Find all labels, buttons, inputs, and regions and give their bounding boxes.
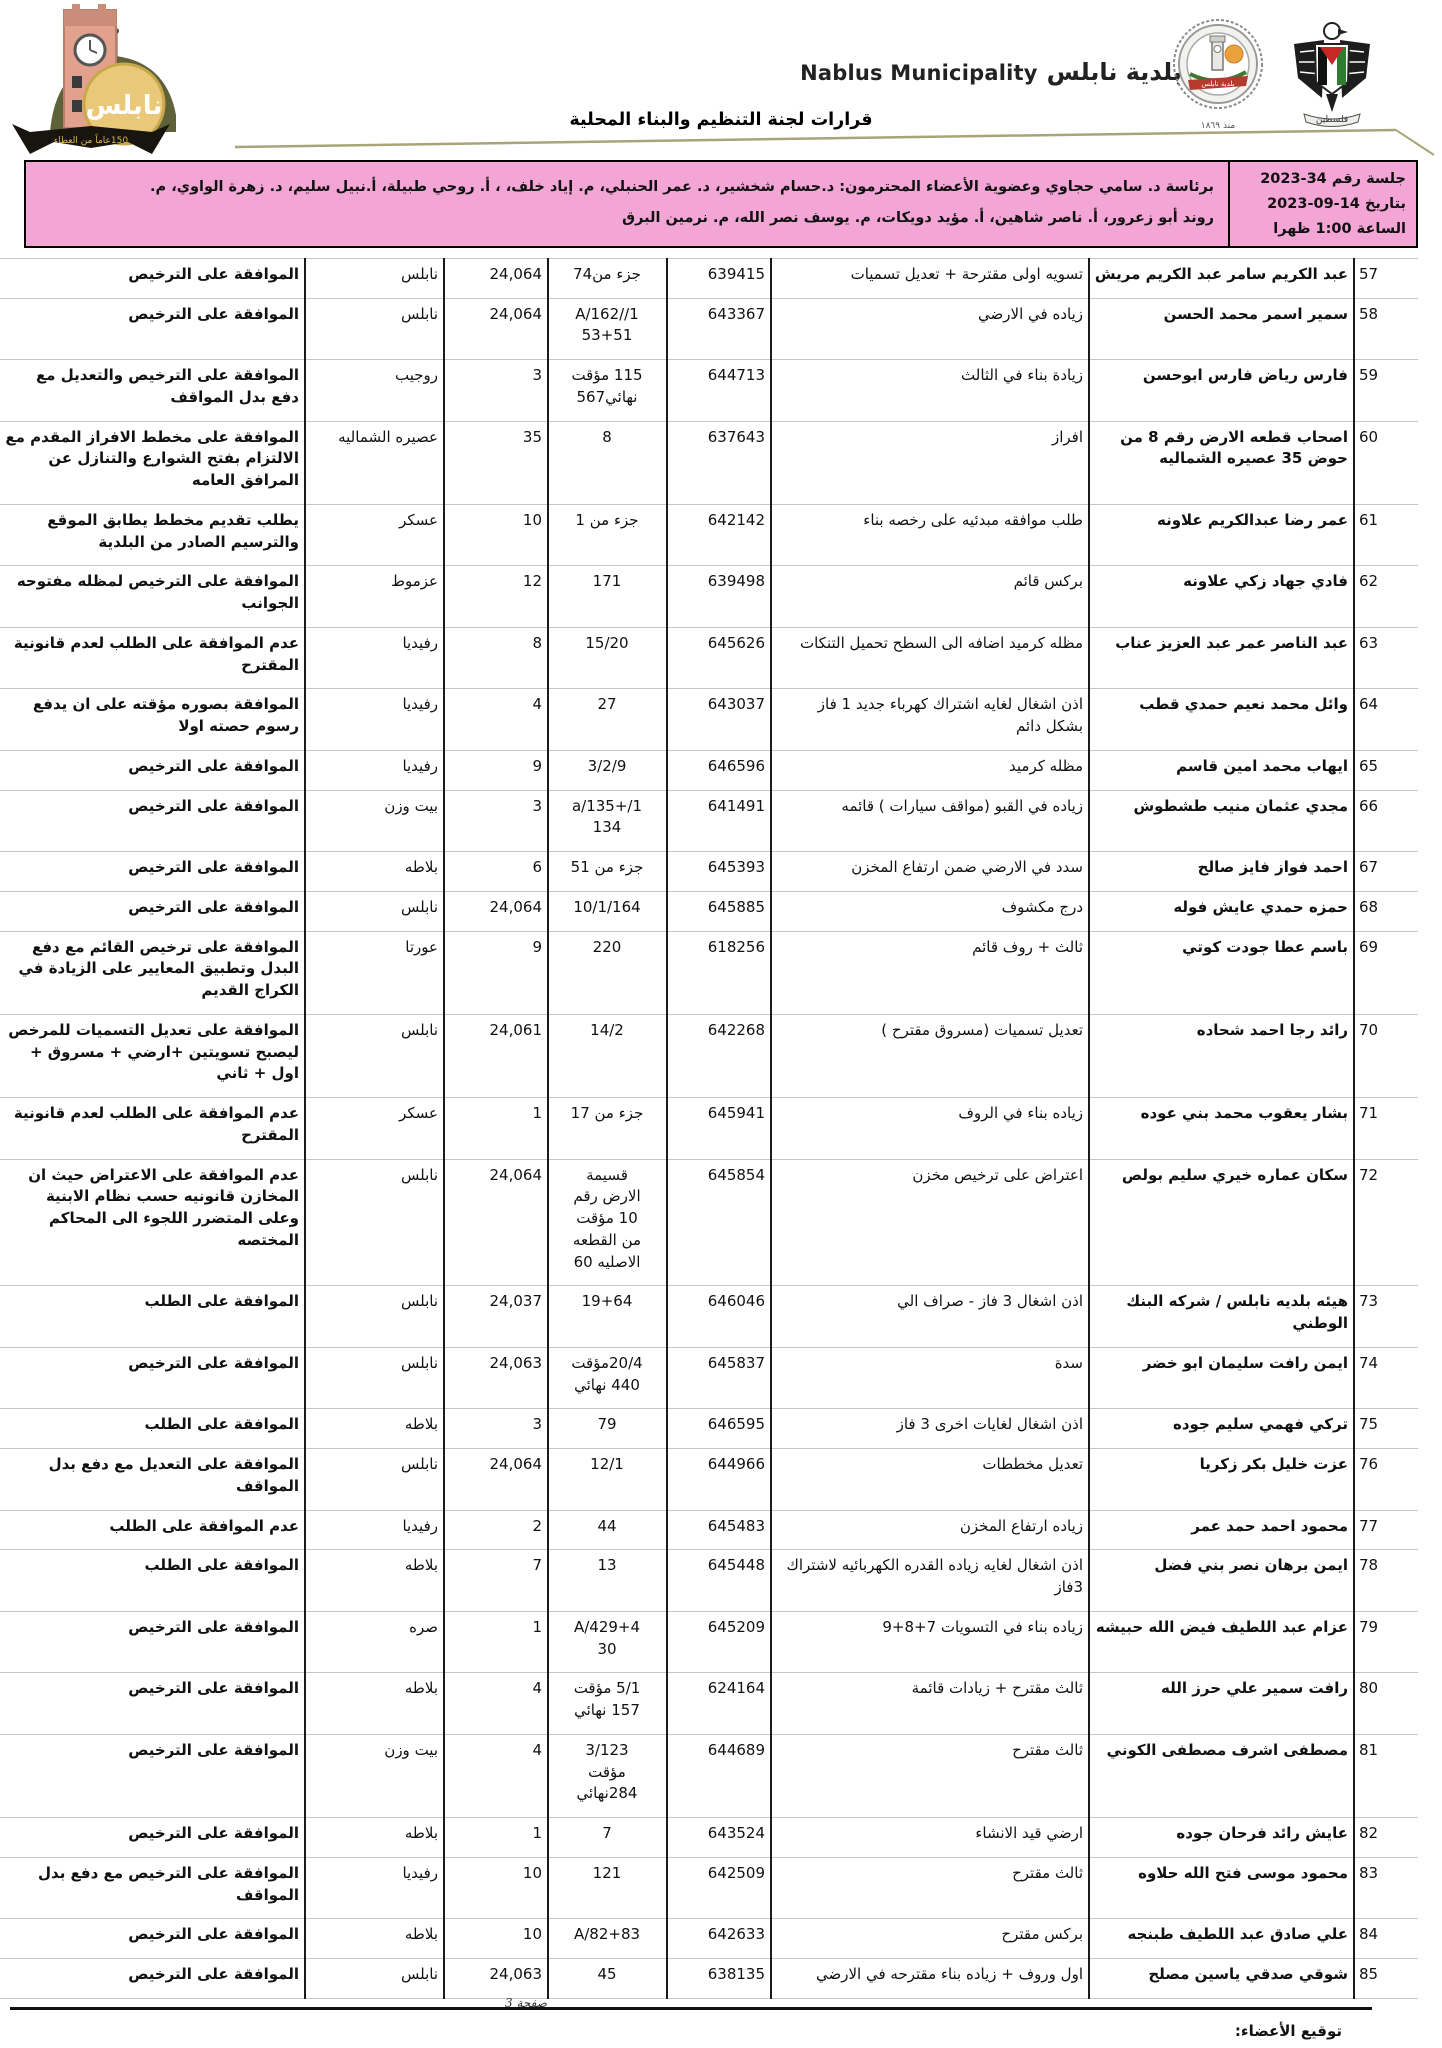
table-row: 62فادي جهاد زكي علاونهبركس قائم639498171…	[0, 566, 1418, 628]
file-number-cell: 645209	[667, 1611, 771, 1673]
location-cell: روجيب	[305, 360, 444, 422]
applicant-name-cell: رائد رجا احمد شحاده	[1089, 1014, 1354, 1097]
location-cell: رفيديا	[305, 750, 444, 790]
file-number-cell: 642633	[667, 1919, 771, 1959]
table-row: 75تركي فهمي سليم جودهاذن اشغال لغايات اخ…	[0, 1409, 1418, 1449]
file-number-cell: 643367	[667, 298, 771, 360]
file-number-cell: 639498	[667, 566, 771, 628]
block-number-cell: 24,063	[444, 1347, 548, 1409]
plot-number-cell: 7	[548, 1818, 667, 1858]
location-cell: رفيديا	[305, 1857, 444, 1919]
page-number: صفحة 3	[505, 1996, 547, 2010]
row-number-cell: 57	[1354, 258, 1418, 298]
decision-cell: عدم الموافقة على الطلب لعدم قانونية المق…	[0, 1098, 305, 1160]
request-description-cell: افراز	[771, 421, 1089, 504]
request-description-cell: ثالث مقترح	[771, 1857, 1089, 1919]
row-number-cell: 70	[1354, 1014, 1418, 1097]
table-row: 73هيئه بلديه نابلس / شركه البنك الوطنياذ…	[0, 1286, 1418, 1348]
block-number-cell: 3	[444, 1409, 548, 1449]
decision-cell: يطلب تقديم مخطط يطابق الموقع والترسيم ال…	[0, 504, 305, 566]
decision-cell: الموافقة على الترخيص	[0, 1959, 305, 1999]
request-description-cell: اذن اشغال 3 فاز - صراف الي	[771, 1286, 1089, 1348]
request-description-cell: زياده بناء في الروف	[771, 1098, 1089, 1160]
location-cell: بلاطه	[305, 1919, 444, 1959]
table-row: 79عزام عبد اللطيف فيض الله حبيشهزياده بن…	[0, 1611, 1418, 1673]
plot-number-cell: 14/2	[548, 1014, 667, 1097]
block-number-cell: 24,037	[444, 1286, 548, 1348]
request-description-cell: تسويه اولى مقترحة + تعديل تسميات	[771, 258, 1089, 298]
request-description-cell: درج مكشوف	[771, 891, 1089, 931]
plot-number-cell: جزء من 17	[548, 1098, 667, 1160]
applicant-name-cell: عبد الناصر عمر عبد العزيز عناب	[1089, 627, 1354, 689]
plot-number-cell: جزء من74	[548, 258, 667, 298]
applicant-name-cell: وائل محمد نعيم حمدي قطب	[1089, 689, 1354, 751]
applicant-name-cell: بشار يعقوب محمد بني عوده	[1089, 1098, 1354, 1160]
location-cell: رفيديا	[305, 627, 444, 689]
table-row: 63عبد الناصر عمر عبد العزيز عنابمظله كرم…	[0, 627, 1418, 689]
row-number-cell: 64	[1354, 689, 1418, 751]
row-number-cell: 73	[1354, 1286, 1418, 1348]
session-date: بتاريخ 14-09-2023	[1234, 192, 1406, 217]
applicant-name-cell: تركي فهمي سليم جوده	[1089, 1409, 1354, 1449]
file-number-cell: 618256	[667, 931, 771, 1014]
request-description-cell: ثالث + روف قائم	[771, 931, 1089, 1014]
plot-number-cell: 171	[548, 566, 667, 628]
file-number-cell: 642268	[667, 1014, 771, 1097]
row-number-cell: 82	[1354, 1818, 1418, 1858]
row-number-cell: 72	[1354, 1159, 1418, 1286]
session-meta: جلسة رقم 34-2023 بتاريخ 14-09-2023 الساع…	[1228, 162, 1416, 246]
applicant-name-cell: مجدي عثمان منيب طشطوش	[1089, 790, 1354, 852]
plot-number-cell: a/135+/1 134	[548, 790, 667, 852]
request-description-cell: ارضي قيد الانشاء	[771, 1818, 1089, 1858]
document-title: قرارات لجنة التنظيم والبناء المحلية	[0, 110, 1442, 130]
svg-text:بلدية نابلس: بلدية نابلس	[1201, 80, 1234, 88]
request-description-cell: ثالث مقترح + زيادات قائمة	[771, 1673, 1089, 1735]
session-time: الساعة 1:00 ظهرا	[1234, 217, 1406, 242]
applicant-name-cell: ايهاب محمد امين قاسم	[1089, 750, 1354, 790]
location-cell: بلاطه	[305, 852, 444, 892]
location-cell: عورتا	[305, 931, 444, 1014]
request-description-cell: مظله كرميد	[771, 750, 1089, 790]
plot-number-cell: A/82+83	[548, 1919, 667, 1959]
file-number-cell: 645837	[667, 1347, 771, 1409]
applicant-name-cell: عايش رائد فرحان جوده	[1089, 1818, 1354, 1858]
table-row: 77محمود احمد حمد عمرزياده ارتفاع المخزن6…	[0, 1510, 1418, 1550]
decision-cell: الموافقة بصوره مؤقته على ان يدفع رسوم حص…	[0, 689, 305, 751]
file-number-cell: 646046	[667, 1286, 771, 1348]
row-number-cell: 69	[1354, 931, 1418, 1014]
applicant-name-cell: محمود موسى فتح الله حلاوه	[1089, 1857, 1354, 1919]
applicant-name-cell: عزام عبد اللطيف فيض الله حبيشه	[1089, 1611, 1354, 1673]
plot-number-cell: 27	[548, 689, 667, 751]
row-number-cell: 74	[1354, 1347, 1418, 1409]
table-row: 84علي صادق عبد اللطيف طبنجهبركس مقترح642…	[0, 1919, 1418, 1959]
request-description-cell: تعديل مخططات	[771, 1449, 1089, 1511]
decision-cell: عدم الموافقة على الاعتراض حيث ان المخازن…	[0, 1159, 305, 1286]
block-number-cell: 24,063	[444, 1959, 548, 1999]
row-number-cell: 66	[1354, 790, 1418, 852]
table-row: 64وائل محمد نعيم حمدي قطباذن اشغال لغايه…	[0, 689, 1418, 751]
decision-cell: الموافقة على الترخيص	[0, 1734, 305, 1817]
applicant-name-cell: سكان عماره خيري سليم بولص	[1089, 1159, 1354, 1286]
decision-cell: الموافقة على الترخيص	[0, 298, 305, 360]
attendees-line-2: روند أبو زعرور، أ. ناصر شاهين، أ. مؤيد د…	[36, 203, 1214, 234]
decision-cell: الموافقة على الترخيص	[0, 258, 305, 298]
table-row: 83محمود موسى فتح الله حلاوهثالث مقترح642…	[0, 1857, 1418, 1919]
request-description-cell: زياده بناء في التسويات 7+8+9	[771, 1611, 1089, 1673]
row-number-cell: 63	[1354, 627, 1418, 689]
row-number-cell: 68	[1354, 891, 1418, 931]
table-row: 78ايمن برهان نصر بني فضلاذن اشغال لغايه …	[0, 1550, 1418, 1612]
row-number-cell: 60	[1354, 421, 1418, 504]
applicant-name-cell: سمير اسمر محمد الحسن	[1089, 298, 1354, 360]
decision-cell: الموافقة على الترخيص	[0, 852, 305, 892]
plot-number-cell: 8	[548, 421, 667, 504]
block-number-cell: 9	[444, 931, 548, 1014]
table-row: 61عمر رضا عبدالكريم علاونهطلب موافقه مبد…	[0, 504, 1418, 566]
table-row: 81مصطفى اشرف مصطفى الكونيثالث مقترح64468…	[0, 1734, 1418, 1817]
block-number-cell: 1	[444, 1611, 548, 1673]
block-number-cell: 8	[444, 627, 548, 689]
row-number-cell: 65	[1354, 750, 1418, 790]
logo150-number: 15	[6, 68, 8, 141]
location-cell: نابلس	[305, 1449, 444, 1511]
session-attendees: برئاسة د. سامي حجاوي وعضوية الأعضاء المح…	[26, 162, 1228, 246]
plot-number-cell: جزء من 51	[548, 852, 667, 892]
request-description-cell: اذن اشغال لغايات اخرى 3 فاز	[771, 1409, 1089, 1449]
row-number-cell: 76	[1354, 1449, 1418, 1511]
applicant-name-cell: علي صادق عبد اللطيف طبنجه	[1089, 1919, 1354, 1959]
table-row: 82عايش رائد فرحان جودهارضي قيد الانشاء64…	[0, 1818, 1418, 1858]
plot-number-cell: 79	[548, 1409, 667, 1449]
plot-number-cell: A/429+4 30	[548, 1611, 667, 1673]
request-description-cell: اول وروف + زياده بناء مقترحه في الارضي	[771, 1959, 1089, 1999]
block-number-cell: 4	[444, 1673, 548, 1735]
location-cell: نابلس	[305, 891, 444, 931]
applicant-name-cell: هيئه بلديه نابلس / شركه البنك الوطني	[1089, 1286, 1354, 1348]
file-number-cell: 645885	[667, 891, 771, 931]
decision-cell: الموافقة على الترخيص	[0, 891, 305, 931]
file-number-cell: 644966	[667, 1449, 771, 1511]
location-cell: بلاطه	[305, 1818, 444, 1858]
block-number-cell: 24,064	[444, 1159, 548, 1286]
decision-cell: الموافقة على الترخيص	[0, 1347, 305, 1409]
request-description-cell: اذن اشغال لغايه اشتراك كهرباء جديد 1 فاز…	[771, 689, 1089, 751]
file-number-cell: 645626	[667, 627, 771, 689]
decision-cell: الموافقة على الترخيص	[0, 1673, 305, 1735]
file-number-cell: 624164	[667, 1673, 771, 1735]
block-number-cell: 3	[444, 790, 548, 852]
location-cell: رفيديا	[305, 689, 444, 751]
block-number-cell: 7	[444, 1550, 548, 1612]
decision-cell: الموافقة على الترخيص	[0, 1919, 305, 1959]
decision-cell: عدم الموافقة على الطلب	[0, 1510, 305, 1550]
plot-number-cell: A/162//1 53+51	[548, 298, 667, 360]
applicant-name-cell: مصطفى اشرف مصطفى الكوني	[1089, 1734, 1354, 1817]
file-number-cell: 638135	[667, 1959, 771, 1999]
request-description-cell: سدد في الارضي ضمن ارتفاع المخزن	[771, 852, 1089, 892]
row-number-cell: 71	[1354, 1098, 1418, 1160]
file-number-cell: 646595	[667, 1409, 771, 1449]
location-cell: نابلس	[305, 258, 444, 298]
row-number-cell: 80	[1354, 1673, 1418, 1735]
table-row: 59فارس رياض فارس ابوحسنزيادة بناء في الث…	[0, 360, 1418, 422]
row-number-cell: 59	[1354, 360, 1418, 422]
plot-number-cell: 115 مؤقت نهائي567	[548, 360, 667, 422]
row-number-cell: 62	[1354, 566, 1418, 628]
applicant-name-cell: فارس رياض فارس ابوحسن	[1089, 360, 1354, 422]
table-row: 71بشار يعقوب محمد بني عودهزياده بناء في …	[0, 1098, 1418, 1160]
decision-cell: الموافقة على الترخيص	[0, 750, 305, 790]
decision-cell: الموافقة على ترخيص القائم مع دفع البدل و…	[0, 931, 305, 1014]
block-number-cell: 1	[444, 1818, 548, 1858]
location-cell: بلاطه	[305, 1409, 444, 1449]
table-row: 72سكان عماره خيري سليم بولصاعتراض على تر…	[0, 1159, 1418, 1286]
applicant-name-cell: رافت سمير علي حرز الله	[1089, 1673, 1354, 1735]
session-number: جلسة رقم 34-2023	[1234, 167, 1406, 192]
row-number-cell: 58	[1354, 298, 1418, 360]
request-description-cell: اذن اشغال لغايه زياده القدره الكهربائيه …	[771, 1550, 1089, 1612]
page-header: 15 نابلس 150عاماً من العطاء Nablus Munic…	[0, 0, 1442, 152]
signature-divider-line	[10, 2007, 1372, 2010]
decision-cell: الموافقة على الترخيص	[0, 1818, 305, 1858]
request-description-cell: تعديل تسميات (مسروق مقترح )	[771, 1014, 1089, 1097]
plot-number-cell: 19+64	[548, 1286, 667, 1348]
location-cell: عسكر	[305, 1098, 444, 1160]
request-description-cell: سدة	[771, 1347, 1089, 1409]
table-row: 76عزت خليل بكر زكرياتعديل مخططات64496612…	[0, 1449, 1418, 1511]
applicant-name-cell: محمود احمد حمد عمر	[1089, 1510, 1354, 1550]
file-number-cell: 642142	[667, 504, 771, 566]
location-cell: بيت وزن	[305, 1734, 444, 1817]
location-cell: نابلس	[305, 1159, 444, 1286]
plot-number-cell: 220	[548, 931, 667, 1014]
location-cell: رفيديا	[305, 1510, 444, 1550]
municipality-name-ar: بلدية نابلس	[1047, 58, 1182, 86]
plot-number-cell: 3/123 مؤقت 284نهائي	[548, 1734, 667, 1817]
file-number-cell: 644689	[667, 1734, 771, 1817]
location-cell: نابلس	[305, 1959, 444, 1999]
block-number-cell: 24,061	[444, 1014, 548, 1097]
row-number-cell: 79	[1354, 1611, 1418, 1673]
request-description-cell: طلب موافقه مبدئيه على رخصه بناء	[771, 504, 1089, 566]
decision-cell: الموافقة على تعديل التسميات للمرخص ليصبح…	[0, 1014, 305, 1097]
decision-cell: الموافقة على التعديل مع دفع بدل المواقف	[0, 1449, 305, 1511]
row-number-cell: 67	[1354, 852, 1418, 892]
applicant-name-cell: عمر رضا عبدالكريم علاونه	[1089, 504, 1354, 566]
plot-number-cell: 10/1/164	[548, 891, 667, 931]
decision-cell: الموافقة على الطلب	[0, 1286, 305, 1348]
file-number-cell: 643524	[667, 1818, 771, 1858]
file-number-cell: 645941	[667, 1098, 771, 1160]
block-number-cell: 10	[444, 504, 548, 566]
request-description-cell: زيادة بناء في الثالث	[771, 360, 1089, 422]
applicant-name-cell: احمد فواز فايز صالح	[1089, 852, 1354, 892]
applicant-name-cell: عزت خليل بكر زكريا	[1089, 1449, 1354, 1511]
request-description-cell: بركس مقترح	[771, 1919, 1089, 1959]
plot-number-cell: 13	[548, 1550, 667, 1612]
file-number-cell: 639415	[667, 258, 771, 298]
request-description-cell: مظله كرميد اضافه الى السطح تحميل التنكات	[771, 627, 1089, 689]
request-description-cell: ثالث مقترح	[771, 1734, 1089, 1817]
applicant-name-cell: فادي جهاد زكي علاونه	[1089, 566, 1354, 628]
applicant-name-cell: ايمن رافت سليمان ابو خضر	[1089, 1347, 1354, 1409]
request-description-cell: زياده ارتفاع المخزن	[771, 1510, 1089, 1550]
row-number-cell: 85	[1354, 1959, 1418, 1999]
decisions-table: 57عبد الكريم سامر عبد الكريم مريشتسويه ا…	[0, 258, 1418, 1999]
location-cell: نابلس	[305, 1347, 444, 1409]
location-cell: نابلس	[305, 1014, 444, 1097]
plot-number-cell: 121	[548, 1857, 667, 1919]
location-cell: عزموط	[305, 566, 444, 628]
applicant-name-cell: عبد الكريم سامر عبد الكريم مريش	[1089, 258, 1354, 298]
plot-number-cell: 44	[548, 1510, 667, 1550]
applicant-name-cell: حمزه حمدي عايش فوله	[1089, 891, 1354, 931]
block-number-cell: 10	[444, 1919, 548, 1959]
table-row: 85شوقي صدقي ياسين مصلحاول وروف + زياده ب…	[0, 1959, 1418, 1999]
decision-cell: الموافقة على الطلب	[0, 1550, 305, 1612]
row-number-cell: 83	[1354, 1857, 1418, 1919]
table-row: 74ايمن رافت سليمان ابو خضرسدة64583720/4م…	[0, 1347, 1418, 1409]
table-row: 60اصحاب قطعه الارض رقم 8 من حوض 35 عصيره…	[0, 421, 1418, 504]
file-number-cell: 645854	[667, 1159, 771, 1286]
nablus-150-years-logo-icon: 15 نابلس 150عاماً من العطاء	[6, 4, 176, 154]
applicant-name-cell: باسم عطا جودت كوتي	[1089, 931, 1354, 1014]
location-cell: بلاطه	[305, 1673, 444, 1735]
location-cell: صره	[305, 1611, 444, 1673]
file-number-cell: 645483	[667, 1510, 771, 1550]
table-row: 70رائد رجا احمد شحادهتعديل تسميات (مسروق…	[0, 1014, 1418, 1097]
table-row: 57عبد الكريم سامر عبد الكريم مريشتسويه ا…	[0, 258, 1418, 298]
request-description-cell: اعتراض على ترخيص مخزن	[771, 1159, 1089, 1286]
row-number-cell: 78	[1354, 1550, 1418, 1612]
table-row: 69باسم عطا جودت كوتيثالث + روف قائم61825…	[0, 931, 1418, 1014]
block-number-cell: 3	[444, 360, 548, 422]
table-row: 80رافت سمير علي حرز اللهثالث مقترح + زيا…	[0, 1673, 1418, 1735]
block-number-cell: 4	[444, 1734, 548, 1817]
municipality-name-en: Nablus Municipality	[800, 61, 1038, 85]
applicant-name-cell: شوقي صدقي ياسين مصلح	[1089, 1959, 1354, 1999]
session-info-box: جلسة رقم 34-2023 بتاريخ 14-09-2023 الساع…	[24, 160, 1418, 248]
plot-number-cell: 5/1 مؤقت 157 نهائي	[548, 1673, 667, 1735]
plot-number-cell: 15/20	[548, 627, 667, 689]
applicant-name-cell: ايمن برهان نصر بني فضل	[1089, 1550, 1354, 1612]
row-number-cell: 75	[1354, 1409, 1418, 1449]
request-description-cell: زياده في القبو (مواقف سيارات ) قائمه	[771, 790, 1089, 852]
plot-number-cell: 20/4مؤقت 440 نهائي	[548, 1347, 667, 1409]
table-row: 65ايهاب محمد امين قاسممظله كرميد6465963/…	[0, 750, 1418, 790]
block-number-cell: 12	[444, 566, 548, 628]
decision-cell: الموافقة على الترخيص لمظله مفتوحه الجوان…	[0, 566, 305, 628]
row-number-cell: 84	[1354, 1919, 1418, 1959]
decision-cell: الموافقة على الترخيص مع دفع بدل المواقف	[0, 1857, 305, 1919]
file-number-cell: 646596	[667, 750, 771, 790]
block-number-cell: 6	[444, 852, 548, 892]
file-number-cell: 642509	[667, 1857, 771, 1919]
decision-cell: الموافقة على الترخيص	[0, 1611, 305, 1673]
block-number-cell: 24,064	[444, 258, 548, 298]
block-number-cell: 24,064	[444, 1449, 548, 1511]
request-description-cell: زياده في الارضي	[771, 298, 1089, 360]
request-description-cell: بركس قائم	[771, 566, 1089, 628]
attendees-line-1: برئاسة د. سامي حجاوي وعضوية الأعضاء المح…	[36, 172, 1214, 203]
block-number-cell: 35	[444, 421, 548, 504]
plot-number-cell: قسيمة الارض رقم 10 مؤقت من القطعه الاصلي…	[548, 1159, 667, 1286]
decision-cell: عدم الموافقة على الطلب لعدم قانونية المق…	[0, 627, 305, 689]
decision-cell: الموافقة على مخطط الافراز المقدم مع الال…	[0, 421, 305, 504]
file-number-cell: 645448	[667, 1550, 771, 1612]
file-number-cell: 644713	[667, 360, 771, 422]
row-number-cell: 77	[1354, 1510, 1418, 1550]
block-number-cell: 2	[444, 1510, 548, 1550]
block-number-cell: 9	[444, 750, 548, 790]
block-number-cell: 24,064	[444, 298, 548, 360]
location-cell: نابلس	[305, 298, 444, 360]
plot-number-cell: 45	[548, 1959, 667, 1999]
block-number-cell: 10	[444, 1857, 548, 1919]
file-number-cell: 637643	[667, 421, 771, 504]
table-row: 68حمزه حمدي عايش فولهدرج مكشوف64588510/1…	[0, 891, 1418, 931]
block-number-cell: 1	[444, 1098, 548, 1160]
file-number-cell: 641491	[667, 790, 771, 852]
row-number-cell: 81	[1354, 1734, 1418, 1817]
file-number-cell: 645393	[667, 852, 771, 892]
table-row: 67احمد فواز فايز صالحسدد في الارضي ضمن ا…	[0, 852, 1418, 892]
applicant-name-cell: اصحاب قطعه الارض رقم 8 من حوض 35 عصيره ا…	[1089, 421, 1354, 504]
plot-number-cell: 3/2/9	[548, 750, 667, 790]
block-number-cell: 24,064	[444, 891, 548, 931]
location-cell: بلاطه	[305, 1550, 444, 1612]
decision-cell: الموافقة على الطلب	[0, 1409, 305, 1449]
row-number-cell: 61	[1354, 504, 1418, 566]
document-page: { "header": { "municipality_en": "Nablus…	[0, 0, 1442, 2048]
location-cell: عسكر	[305, 504, 444, 566]
location-cell: بيت وزن	[305, 790, 444, 852]
decision-cell: الموافقة على الترخيص والتعديل مع دفع بدل…	[0, 360, 305, 422]
block-number-cell: 4	[444, 689, 548, 751]
table-row: 66مجدي عثمان منيب طشطوشزياده في القبو (م…	[0, 790, 1418, 852]
file-number-cell: 643037	[667, 689, 771, 751]
members-signature-label: توقيع الأعضاء:	[0, 2022, 1342, 2040]
plot-number-cell: جزء من 1	[548, 504, 667, 566]
municipality-brand: Nablus Municipality بلدية نابلس	[790, 58, 1182, 86]
location-cell: عصيره الشماليه	[305, 421, 444, 504]
decision-cell: الموافقة على الترخيص	[0, 790, 305, 852]
plot-number-cell: 12/1	[548, 1449, 667, 1511]
table-row: 58سمير اسمر محمد الحسنزياده في الارضي643…	[0, 298, 1418, 360]
location-cell: نابلس	[305, 1286, 444, 1348]
